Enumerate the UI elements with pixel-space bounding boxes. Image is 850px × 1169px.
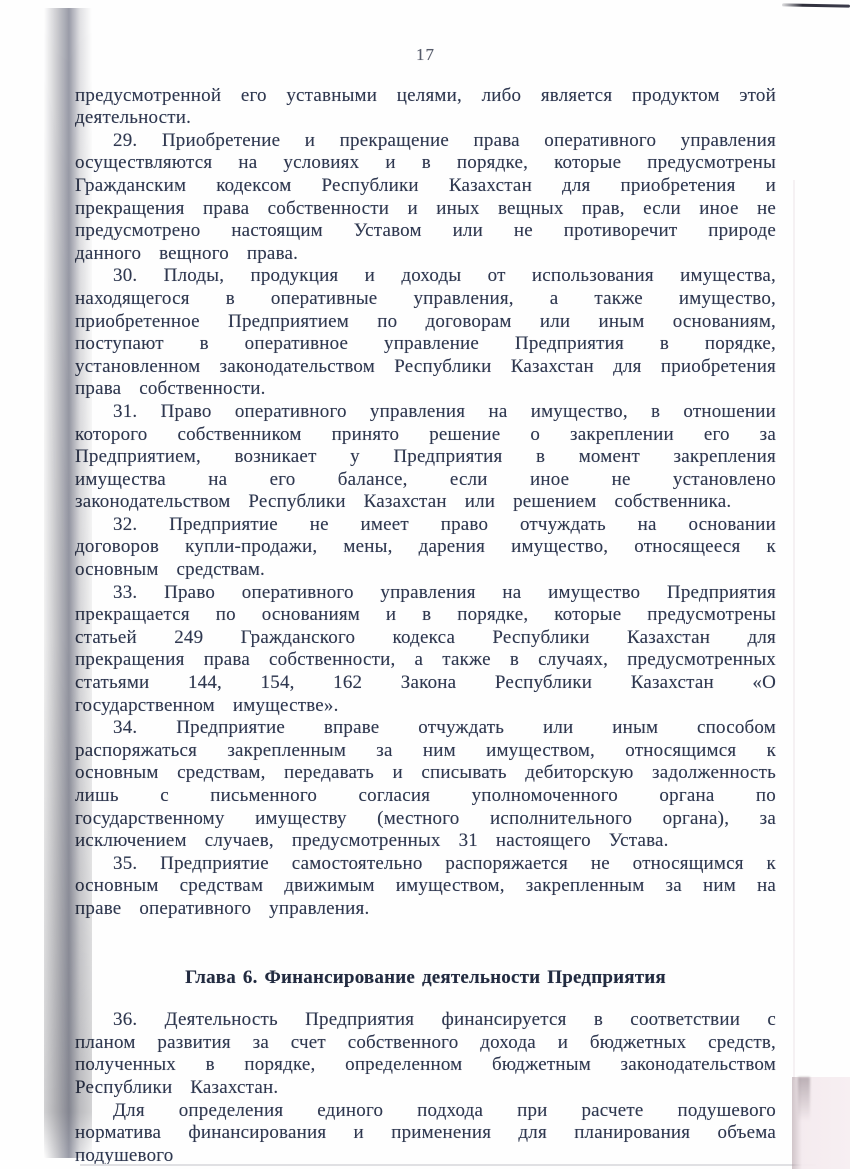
page-body: 17 предусмотренной его уставными целями,… — [75, 44, 776, 1167]
bottom-right-smudge-artifact — [798, 1077, 810, 1121]
paragraph-36: 36. Деятельность Предприятия финансирует… — [75, 1009, 776, 1099]
chapter-heading: Глава 6. Финансирование деятельности Пре… — [75, 967, 776, 990]
paragraph-34: 34. Предприятие вправе отчуждать или ины… — [75, 717, 776, 853]
page-number: 17 — [75, 44, 776, 67]
paragraph-37-partial: Для определения единого подхода при расч… — [75, 1100, 776, 1168]
scanned-document-page: 17 предусмотренной его уставными целями,… — [0, 0, 850, 1169]
paragraph-continuation: предусмотренной его уставными целями, ли… — [75, 85, 776, 130]
paragraph-35: 35. Предприятие самостоятельно распоряжа… — [75, 853, 776, 921]
paragraph-30: 30. Плоды, продукция и доходы от использ… — [75, 265, 776, 401]
paragraph-29: 29. Приобретение и прекращение права опе… — [75, 130, 776, 266]
bottom-scan-line-artifact — [80, 1164, 816, 1166]
paragraph-32: 32. Предприятие не имеет право отчуждать… — [75, 514, 776, 582]
top-right-scan-line-artifact — [782, 3, 850, 7]
right-page-crease-artifact — [793, 180, 795, 1080]
paragraph-31: 31. Право оперативного управления на иму… — [75, 401, 776, 514]
paragraph-33: 33. Право оперативного управления на иму… — [75, 582, 776, 718]
